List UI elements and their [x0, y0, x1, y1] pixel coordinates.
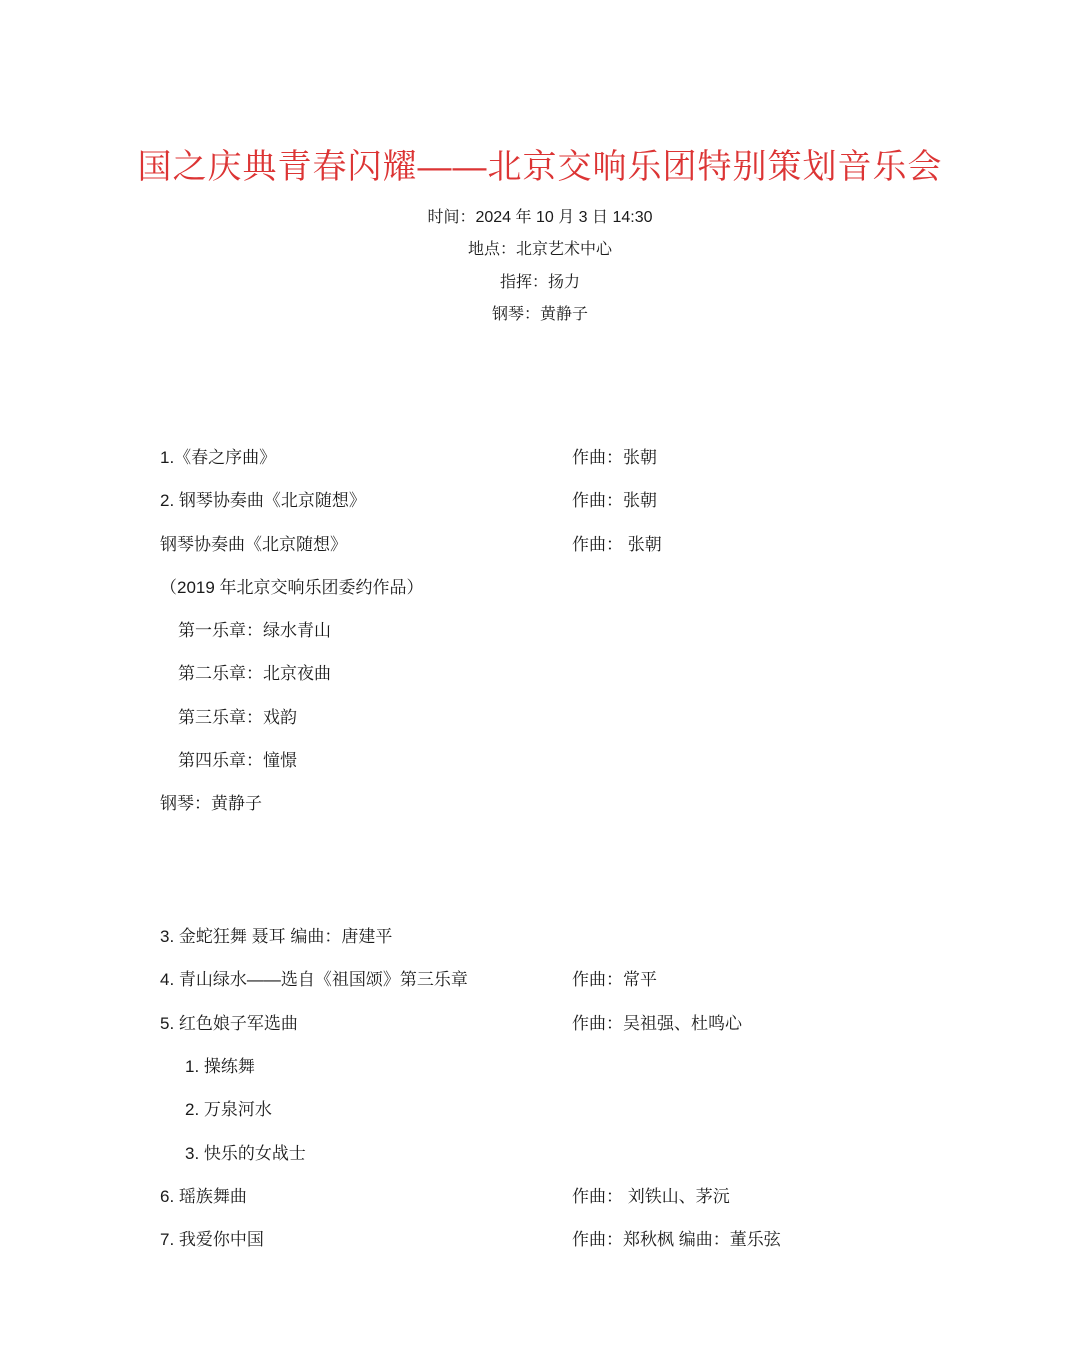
piece-title: 2. 钢琴协奏曲《北京随想》: [160, 491, 366, 510]
program-block: 3. 金蛇狂舞 聂耳 编曲：唐建平4. 青山绿水——选自《祖国颂》第三乐章作曲：…: [160, 915, 1060, 1261]
program-row: 3. 快乐的女战士: [160, 1132, 1060, 1175]
piece-title: 7. 我爱你中国: [160, 1230, 264, 1249]
piece-title: 第三乐章：戏韵: [178, 708, 297, 727]
piece-title: 2. 万泉河水: [185, 1100, 272, 1119]
program-row: 4. 青山绿水——选自《祖国颂》第三乐章作曲：常平: [160, 958, 1060, 1001]
program-row: 2. 钢琴协奏曲《北京随想》作曲：张朝: [160, 479, 1060, 522]
program-row: 6. 瑶族舞曲作曲： 刘铁山、茅沅: [160, 1175, 1060, 1218]
composer-credit: 作曲： 刘铁山、茅沅: [572, 1175, 730, 1218]
piece-title: （2019 年北京交响乐团委约作品）: [160, 578, 424, 597]
program-row: 第四乐章：憧憬: [160, 739, 1060, 782]
composer-credit: 作曲：常平: [572, 958, 657, 1001]
composer-credit: 作曲： 张朝: [572, 523, 662, 566]
program-row: 第三乐章：戏韵: [160, 696, 1060, 739]
program-row: 第二乐章：北京夜曲: [160, 652, 1060, 695]
composer-credit: 作曲：郑秋枫 编曲：董乐弦: [572, 1218, 781, 1261]
program-row: 5. 红色娘子军选曲作曲：吴祖强、杜鸣心: [160, 1002, 1060, 1045]
piece-title: 第二乐章：北京夜曲: [178, 664, 331, 683]
composer-credit: 作曲：吴祖强、杜鸣心: [572, 1002, 742, 1045]
event-meta: 时间：2024 年 10 月 3 日 14:30 地点：北京艺术中心 指挥：扬力…: [0, 202, 1080, 332]
composer-credit: 作曲：张朝: [572, 436, 657, 479]
concert-program-page: 国之庆典青春闪耀——北京交响乐团特别策划音乐会 时间：2024 年 10 月 3…: [0, 0, 1080, 1354]
page-title: 国之庆典青春闪耀——北京交响乐团特别策划音乐会: [0, 143, 1080, 191]
piece-title: 第四乐章：憧憬: [178, 751, 297, 770]
program-row: 3. 金蛇狂舞 聂耳 编曲：唐建平: [160, 915, 1060, 958]
meta-venue: 地点：北京艺术中心: [0, 234, 1080, 266]
piece-title: 3. 快乐的女战士: [185, 1144, 306, 1163]
program-row: （2019 年北京交响乐团委约作品）: [160, 566, 1060, 609]
piece-title: 1. 操练舞: [185, 1057, 255, 1076]
piece-title: 6. 瑶族舞曲: [160, 1187, 247, 1206]
program-list: 1.《春之序曲》作曲：张朝2. 钢琴协奏曲《北京随想》作曲：张朝钢琴协奏曲《北京…: [160, 436, 1060, 1262]
piece-title: 4. 青山绿水——选自《祖国颂》第三乐章: [160, 970, 468, 989]
piece-title: 第一乐章：绿水青山: [178, 621, 331, 640]
program-row: 1. 操练舞: [160, 1045, 1060, 1088]
program-row: 2. 万泉河水: [160, 1088, 1060, 1131]
composer-credit: 作曲：张朝: [572, 479, 657, 522]
meta-pianist: 钢琴：黄静子: [0, 299, 1080, 331]
program-row: 钢琴协奏曲《北京随想》作曲： 张朝: [160, 523, 1060, 566]
program-row: 钢琴：黄静子: [160, 782, 1060, 825]
piece-title: 钢琴协奏曲《北京随想》: [160, 535, 347, 554]
program-row: 7. 我爱你中国作曲：郑秋枫 编曲：董乐弦: [160, 1218, 1060, 1261]
piece-title: 3. 金蛇狂舞 聂耳 编曲：唐建平: [160, 927, 392, 946]
program-row: 第一乐章：绿水青山: [160, 609, 1060, 652]
piece-title: 5. 红色娘子军选曲: [160, 1014, 298, 1033]
meta-time: 时间：2024 年 10 月 3 日 14:30: [0, 202, 1080, 234]
piece-title: 钢琴：黄静子: [160, 794, 262, 813]
program-block: 1.《春之序曲》作曲：张朝2. 钢琴协奏曲《北京随想》作曲：张朝钢琴协奏曲《北京…: [160, 436, 1060, 826]
meta-conductor: 指挥：扬力: [0, 267, 1080, 299]
piece-title: 1.《春之序曲》: [160, 448, 276, 467]
program-row: 1.《春之序曲》作曲：张朝: [160, 436, 1060, 479]
